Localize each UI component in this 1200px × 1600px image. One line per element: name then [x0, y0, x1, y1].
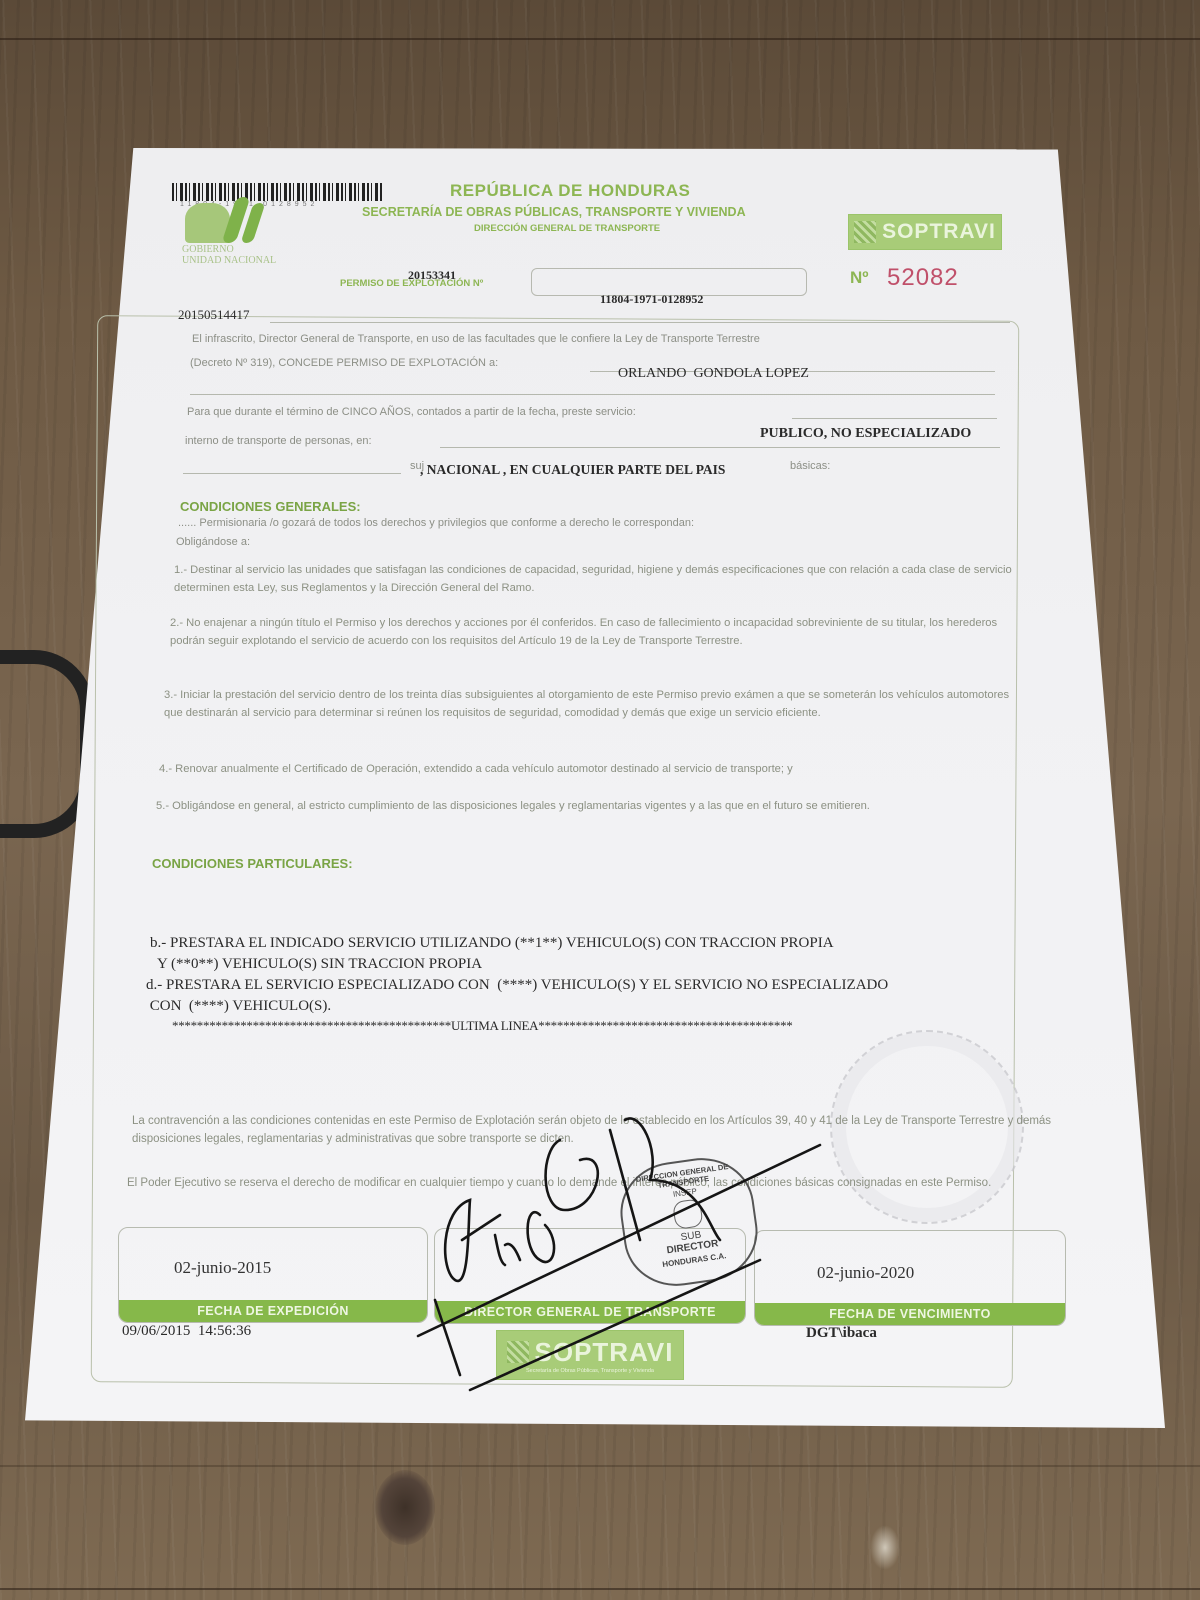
service-underline-b — [440, 447, 1000, 448]
barcode — [172, 183, 384, 201]
general-conditions-intro: ...... Permisionaria /o gozará de todos … — [178, 517, 694, 529]
header-ministry: SECRETARÍA DE OBRAS PÚBLICAS, TRANSPORTE… — [362, 205, 746, 219]
condition-number: 3.- — [164, 689, 177, 701]
condition-item-5: 5.- Obligándose en general, al estricto … — [156, 797, 1030, 815]
expiry-date-box: 02-junio-2020 FECHA DE VENCIMIENTO — [754, 1230, 1066, 1326]
soptravi-logo-bottom: SOPTRAVI Secretaría de Obras Públicas, T… — [496, 1330, 684, 1380]
wood-knot — [375, 1470, 435, 1545]
expiry-date-label: FECHA DE VENCIMIENTO — [755, 1303, 1065, 1325]
wood-plank-seam — [0, 1465, 1200, 1467]
wood-plank-seam — [0, 38, 1200, 40]
particular-line-3: d.- PRESTARA EL SERVICIO ESPECIALIZADO C… — [146, 977, 888, 994]
general-conditions-obligation: Obligándose a: — [176, 536, 250, 548]
service-underline-a — [792, 418, 997, 419]
blank-underline — [190, 394, 995, 395]
body-line-5-suffix: básicas: — [790, 460, 830, 472]
condition-text: Destinar al servicio las unidades que sa… — [174, 564, 1012, 594]
particular-line-1: b.- PRESTARA EL INDICADO SERVICIO UTILIZ… — [150, 935, 834, 952]
body-line-3: Para que durante el término de CINCO AÑO… — [187, 406, 636, 418]
expiry-date-value: 02-junio-2020 — [817, 1263, 1065, 1283]
condition-item-2: 2.- No enajenar a ningún título el Permi… — [170, 614, 1016, 650]
operator-id: DGT\ibaca — [806, 1325, 877, 1342]
footer-paragraph-2: El Poder Ejecutivo se reserva el derecho… — [127, 1174, 1057, 1192]
condition-item-3: 3.- Iniciar la prestación del servicio d… — [164, 686, 1020, 722]
condition-text: Obligándose en general, al estricto cump… — [172, 800, 870, 812]
soptravi-subtitle: Secretaría de Obras Públicas, Transporte… — [526, 1368, 654, 1374]
condition-number: 2.- — [170, 617, 183, 629]
particular-line-4: CON (****) VEHICULO(S). — [146, 998, 331, 1015]
coverage-underline — [183, 473, 401, 474]
general-conditions-heading: CONDICIONES GENERALES: — [180, 499, 361, 514]
particular-conditions-heading: CONDICIONES PARTICULARES: — [152, 856, 353, 871]
government-logo — [185, 203, 275, 243]
coat-of-arms-icon — [672, 1198, 704, 1230]
director-signature-label: DIRECTOR GENERAL DE TRANSPORTE — [435, 1301, 745, 1323]
footer-paragraph-1: La contravención a las condiciones conte… — [132, 1112, 1052, 1148]
issue-date-label: FECHA DE EXPEDICIÓN — [119, 1300, 427, 1322]
serial-prefix: Nº — [850, 268, 869, 288]
particular-line-2: Y (**0**) VEHICULO(S) SIN TRACCION PROPI… — [150, 956, 482, 973]
wood-knot — [870, 1525, 900, 1570]
condition-text: No enajenar a ningún título el Permiso y… — [170, 617, 997, 647]
header-country: REPÚBLICA DE HONDURAS — [450, 181, 690, 201]
wood-plank-seam — [0, 1588, 1200, 1590]
permit-label: PERMISO DE EXPLOTACIÓN Nº — [340, 278, 483, 289]
last-line-marker: ****************************************… — [172, 1018, 792, 1034]
grantee-name: ORLANDO GONDOLA LOPEZ — [618, 366, 809, 382]
body-line-1: El infrascrito, Director General de Tran… — [192, 333, 760, 345]
permit-typed-number-bottom: 11804-1971-0128952 — [600, 292, 703, 307]
soptravi-logo-top: SOPTRAVI — [848, 214, 1002, 250]
condition-item-1: 1.- Destinar al servicio las unidades qu… — [174, 561, 1014, 597]
coverage: , NACIONAL , EN CUALQUIER PARTE DEL PAIS — [420, 462, 725, 478]
soptravi-emblem-icon — [507, 1341, 529, 1363]
condition-item-4: 4.- Renovar anualmente el Certificado de… — [159, 760, 1029, 778]
issue-date-value: 02-junio-2015 — [174, 1258, 427, 1278]
condition-number: 5.- — [156, 800, 169, 812]
condition-text: Iniciar la prestación del servicio dentr… — [164, 689, 1009, 719]
issue-date-box: 02-junio-2015 FECHA DE EXPEDICIÓN — [118, 1227, 428, 1323]
body-line-2: (Decreto Nº 319), CONCEDE PERMISO DE EXP… — [190, 357, 498, 369]
header-direction: DIRECCIÓN GENERAL DE TRANSPORTE — [474, 223, 660, 234]
record-code: 20150514417 — [178, 307, 250, 323]
print-timestamp: 09/06/2015 14:56:36 — [122, 1323, 251, 1340]
condition-number: 1.- — [174, 564, 187, 576]
condition-number: 4.- — [159, 763, 172, 775]
record-code-underline — [270, 322, 1010, 323]
soptravi-emblem-icon — [854, 221, 876, 243]
body-line-4: interno de transporte de personas, en: — [185, 435, 372, 447]
serial-number: 52082 — [887, 264, 959, 292]
service-type: PUBLICO, NO ESPECIALIZADO — [760, 426, 971, 442]
condition-text: Renovar anualmente el Certificado de Ope… — [175, 763, 793, 775]
government-logo-text: GOBIERNO UNIDAD NACIONAL — [182, 244, 276, 266]
